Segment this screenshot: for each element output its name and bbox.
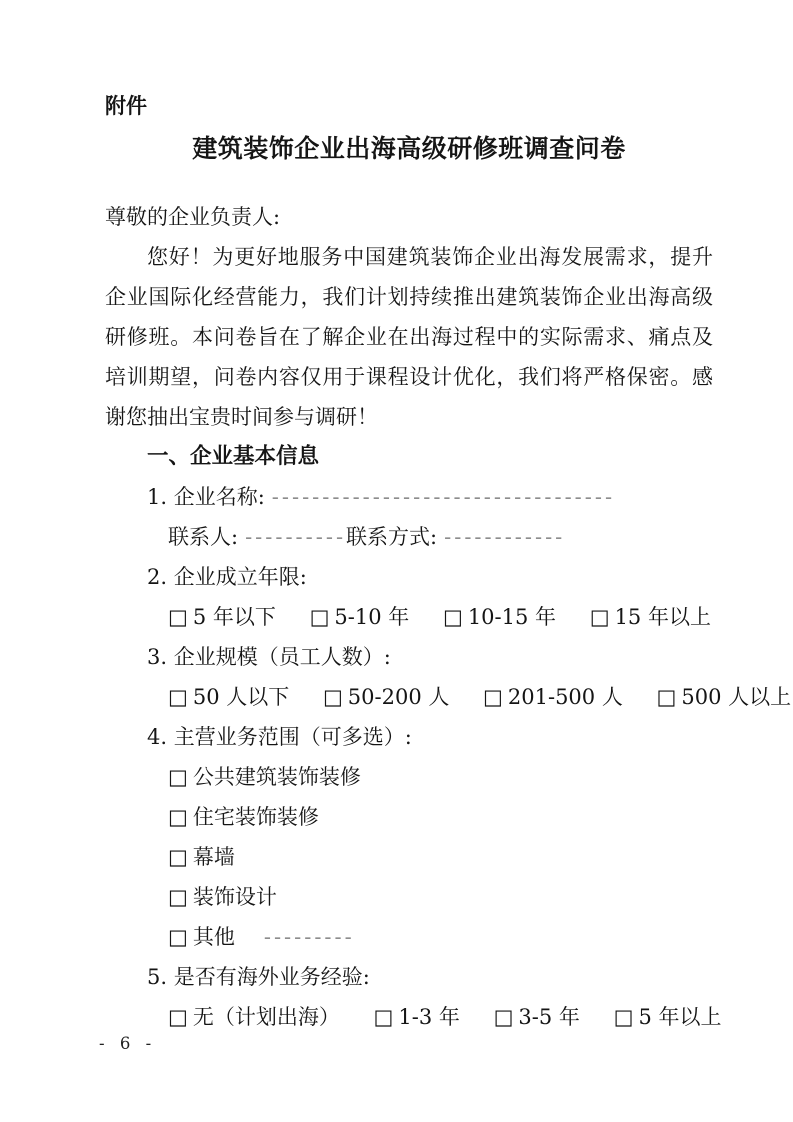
checkbox-icon: □ [443, 605, 463, 629]
option-label: 装饰设计 [193, 885, 277, 909]
question-5-label: 5. 是否有海外业务经验: [105, 957, 713, 997]
checkbox-icon: □ [168, 805, 188, 829]
checkbox-icon: □ [590, 605, 610, 629]
question-4-option-row: □幕墙 [105, 837, 713, 877]
question-2-options: □5 年以下 □5-10 年 □10-15 年 □15 年以上 [105, 597, 713, 637]
option-label: 公共建筑装饰装修 [193, 765, 361, 789]
checkbox-option-q4-decoration-design[interactable]: □装饰设计 [168, 885, 277, 909]
question-1-row: 1. 企业名称:--------------------------------… [105, 477, 713, 517]
checkbox-option-q4-residential[interactable]: □住宅装饰装修 [168, 805, 319, 829]
option-label: 50-200 人 [348, 685, 450, 709]
checkbox-option-q3-under50[interactable]: □50 人以下 [168, 685, 289, 709]
checkbox-option-q5-1to3[interactable]: □1-3 年 [374, 1005, 460, 1029]
checkbox-icon: □ [168, 685, 188, 709]
option-label: 15 年以上 [615, 605, 711, 629]
checkbox-icon: □ [168, 605, 188, 629]
checkbox-option-q2-over15[interactable]: □15 年以上 [590, 605, 711, 629]
intro-paragraph: 您好！为更好地服务中国建筑装饰企业出海发展需求，提升企业国际化经营能力，我们计划… [105, 237, 713, 437]
option-label: 住宅装饰装修 [193, 805, 319, 829]
option-label: 500 人以上 [681, 685, 791, 709]
option-label: 1-3 年 [398, 1005, 460, 1029]
checkbox-option-q2-10to15[interactable]: □10-15 年 [443, 605, 556, 629]
question-4-option-row: □住宅装饰装修 [105, 797, 713, 837]
question-4-label: 4. 主营业务范围（可多选）: [105, 717, 713, 757]
checkbox-option-q3-201to500[interactable]: □201-500 人 [483, 685, 623, 709]
checkbox-icon: □ [494, 1005, 514, 1029]
option-label: 201-500 人 [508, 685, 623, 709]
company-name-fill-line[interactable]: ---------------------------------- [272, 485, 615, 509]
checkbox-option-q5-over5[interactable]: □5 年以上 [614, 1005, 722, 1029]
option-label: 10-15 年 [468, 605, 556, 629]
checkbox-option-q4-curtain-wall[interactable]: □幕墙 [168, 845, 235, 869]
checkbox-icon: □ [168, 1005, 188, 1029]
other-fill-line[interactable]: --------- [264, 925, 355, 949]
checkbox-option-q3-50to200[interactable]: □50-200 人 [323, 685, 449, 709]
question-1-label: 1. 企业名称: [147, 485, 265, 509]
checkbox-option-q2-5to10[interactable]: □5-10 年 [310, 605, 410, 629]
checkbox-icon: □ [483, 685, 503, 709]
checkbox-icon: □ [310, 605, 330, 629]
question-4-option-row: □公共建筑装饰装修 [105, 757, 713, 797]
checkbox-icon: □ [168, 885, 188, 909]
checkbox-icon: □ [614, 1005, 634, 1029]
option-label: 其他 [193, 925, 235, 949]
checkbox-icon: □ [323, 685, 343, 709]
question-1-contact-row: 联系人:----------联系方式:------------ [105, 517, 713, 557]
checkbox-icon: □ [168, 925, 188, 949]
checkbox-icon: □ [168, 765, 188, 789]
document-title: 建筑装饰企业出海高级研修班调查问卷 [105, 131, 713, 167]
checkbox-icon: □ [657, 685, 677, 709]
checkbox-option-q4-other[interactable]: □其他 [168, 925, 235, 949]
checkbox-option-q5-none[interactable]: □无（计划出海） [168, 1005, 340, 1029]
option-label: 50 人以下 [193, 685, 289, 709]
option-label: 5-10 年 [334, 605, 409, 629]
question-3-label: 3. 企业规模（员工人数）: [105, 637, 713, 677]
document-page: 附件 建筑装饰企业出海高级研修班调查问卷 尊敬的企业负责人: 您好！为更好地服务… [0, 0, 793, 1122]
checkbox-option-q4-public-building[interactable]: □公共建筑装饰装修 [168, 765, 361, 789]
option-label: 幕墙 [193, 845, 235, 869]
contact-person-fill-line[interactable]: ---------- [245, 525, 346, 549]
contact-method-fill-line[interactable]: ------------ [444, 525, 565, 549]
salutation: 尊敬的企业负责人: [105, 197, 713, 237]
checkbox-icon: □ [168, 845, 188, 869]
contact-person-label: 联系人: [168, 525, 238, 549]
section-heading-basic-info: 一、企业基本信息 [105, 437, 713, 477]
attachment-label: 附件 [105, 93, 713, 119]
option-label: 5 年以下 [193, 605, 276, 629]
checkbox-option-q2-under5[interactable]: □5 年以下 [168, 605, 276, 629]
question-4-option-row: □装饰设计 [105, 877, 713, 917]
checkbox-icon: □ [374, 1005, 394, 1029]
question-5-options: □无（计划出海） □1-3 年 □3-5 年 □5 年以上 [105, 997, 713, 1037]
question-3-options: □50 人以下 □50-200 人 □201-500 人 □500 人以上 [105, 677, 713, 717]
question-4-option-row: □其他--------- [105, 917, 713, 957]
page-number: - 6 - [99, 1034, 156, 1053]
checkbox-option-q3-over500[interactable]: □500 人以上 [657, 685, 792, 709]
question-2-label: 2. 企业成立年限: [105, 557, 713, 597]
checkbox-option-q5-3to5[interactable]: □3-5 年 [494, 1005, 580, 1029]
contact-method-label: 联系方式: [346, 525, 437, 549]
option-label: 无（计划出海） [193, 1005, 340, 1029]
option-label: 3-5 年 [518, 1005, 580, 1029]
option-label: 5 年以上 [638, 1005, 721, 1029]
